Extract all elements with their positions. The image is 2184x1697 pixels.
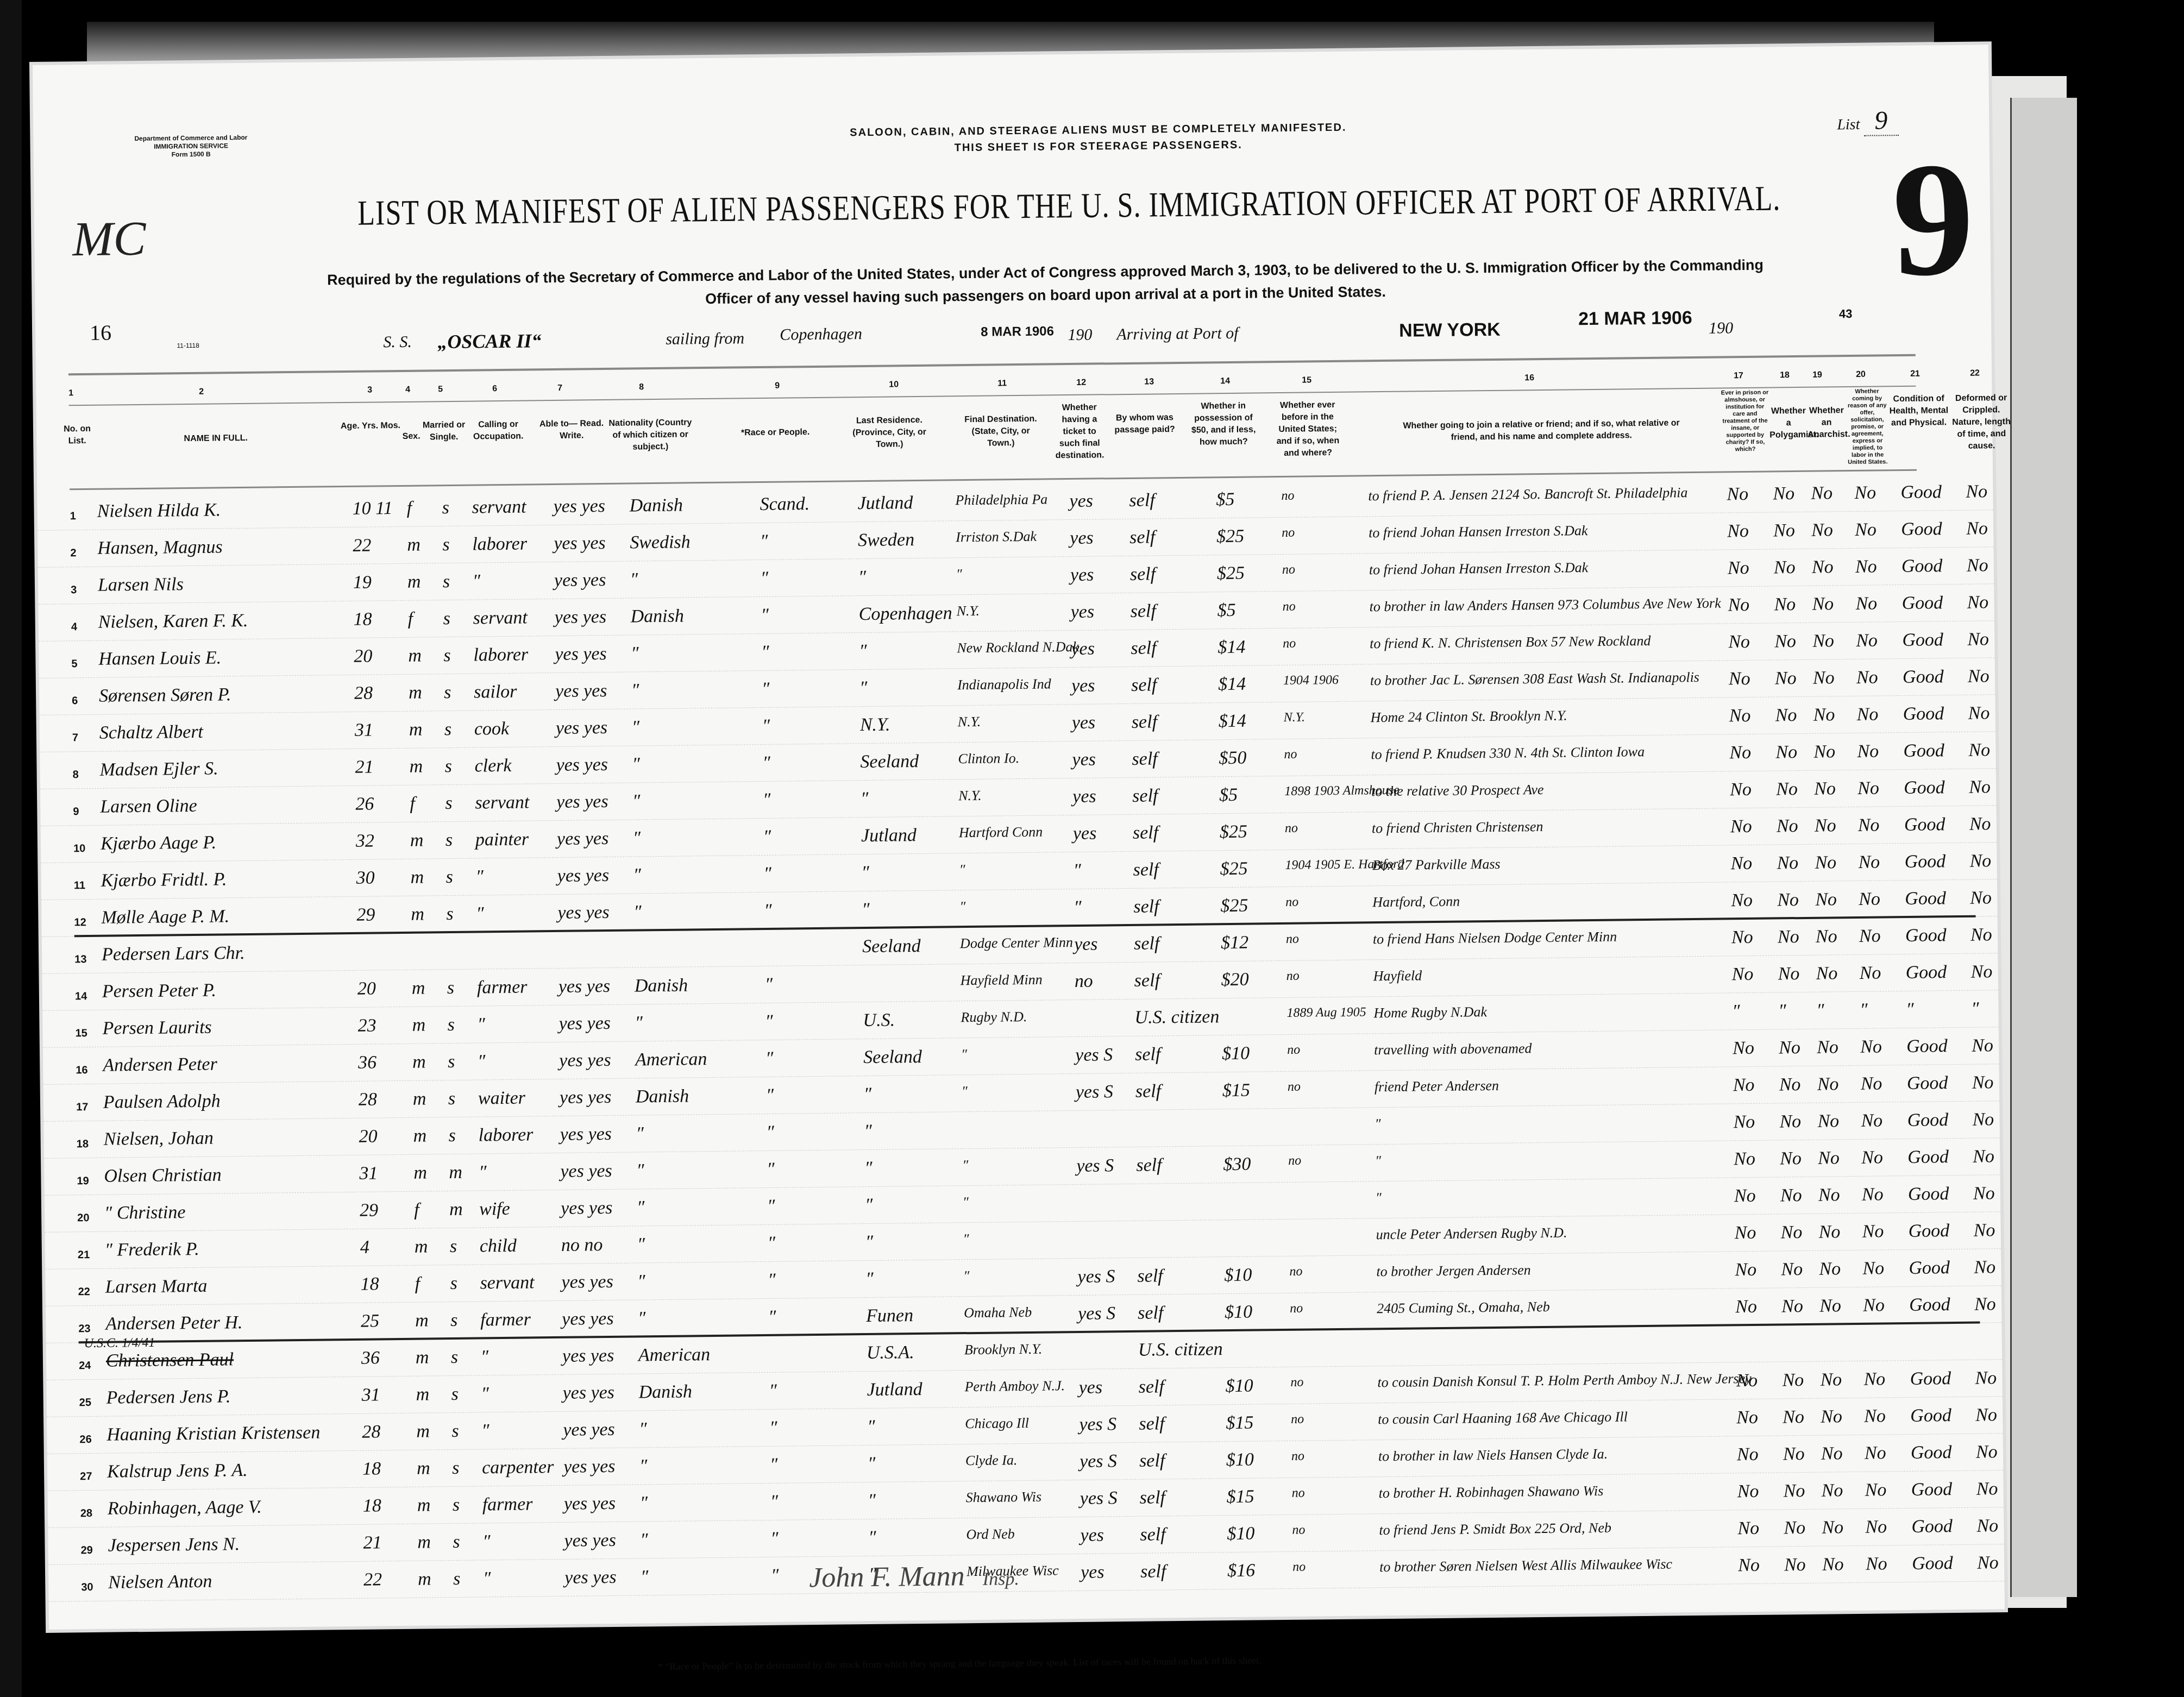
has-ticket: yes [1071, 639, 1095, 659]
margin-initials: MC [72, 211, 146, 267]
passenger-name: Pedersen Lars Chr. [102, 943, 245, 965]
row-number: 22 [78, 1286, 90, 1298]
voyage-line: 11-1118 S. S. „OSCAR II“ sailing from Co… [177, 317, 1915, 368]
prison-almshouse: No [1727, 484, 1748, 505]
polygamist: No [1780, 1222, 1802, 1243]
health-condition: Good [1906, 1036, 1948, 1057]
marital-status: s [450, 1273, 457, 1294]
race: ″ [766, 1085, 774, 1106]
sex: m [411, 904, 424, 925]
health-condition: Good [1904, 777, 1945, 799]
health-condition: Good [1907, 1073, 1948, 1094]
read-write: yes yes [561, 1198, 613, 1219]
health-condition: Good [1901, 519, 1942, 540]
department-name: Department of Commerce and Labor [120, 134, 261, 143]
race: ″ [771, 1566, 779, 1586]
col-head-passage-paid: By whom was passage paid? [1112, 412, 1177, 436]
nationality: Danish [635, 975, 688, 996]
col-num-17: 17 [1734, 371, 1743, 381]
prison-almshouse: No [1734, 1149, 1755, 1170]
final-destination: ″ [963, 1268, 969, 1284]
joining-relative: Box 27 Parkville Mass [1372, 856, 1500, 873]
prison-almshouse: No [1728, 558, 1749, 579]
labor-contract: No [1859, 926, 1881, 946]
col-head-last-residence: Last Residence. (Province, City, or Town… [851, 414, 928, 451]
money-amount: $12 [1221, 933, 1248, 954]
occupation: clerk [474, 756, 511, 777]
joining-relative: Home 24 Clinton St. Brooklyn N.Y. [1371, 707, 1567, 726]
occupation: servant [475, 793, 529, 814]
prison-almshouse: No [1732, 964, 1754, 985]
joining-relative: ″ [1375, 1153, 1381, 1169]
labor-contract: No [1858, 815, 1880, 835]
passage-paid-by: self [1138, 1303, 1164, 1323]
health-condition: Good [1907, 1147, 1949, 1168]
has-ticket: yes [1080, 1525, 1104, 1546]
deformed-crippled: No [1972, 1109, 1994, 1130]
signature-name: John F. Mann [809, 1561, 965, 1593]
race: ″ [768, 1233, 776, 1254]
polygamist: No [1775, 742, 1797, 763]
passage-paid-by: self [1131, 675, 1157, 695]
anarchist: No [1811, 483, 1832, 504]
sailing-label: sailing from [666, 329, 744, 349]
marital-status: s [450, 1310, 458, 1331]
deformed-crippled: No [1973, 1183, 1995, 1204]
race: Scand. [760, 494, 809, 515]
nationality: ″ [639, 1456, 648, 1476]
nationality: ″ [633, 865, 641, 885]
read-write: yes yes [555, 681, 607, 702]
marital-status: s [452, 1458, 460, 1479]
sex: m [410, 831, 424, 851]
health-condition: Good [1912, 1553, 1953, 1574]
labor-contract: No [1863, 1295, 1885, 1316]
has-ticket: yes S [1076, 1155, 1114, 1177]
joining-relative: to friend Hans Nielsen Dodge Center Minn [1373, 929, 1617, 948]
last-residence: ″ [865, 1269, 874, 1290]
labor-contract: ″ [1860, 1000, 1868, 1021]
marital-status: s [442, 535, 450, 555]
signature-title: Insp. [983, 1569, 1019, 1589]
labor-contract: No [1865, 1480, 1886, 1500]
polygamist: No [1780, 1148, 1802, 1169]
joining-relative: to brother in law Niels Hansen Clyde Ia. [1378, 1446, 1608, 1465]
list-label: List [1837, 116, 1860, 133]
passage-paid-by: self [1133, 859, 1159, 880]
occupation: waiter [478, 1088, 525, 1109]
last-residence: ″ [865, 1232, 874, 1253]
row-number: 19 [77, 1175, 89, 1187]
prison-almshouse: No [1733, 1038, 1754, 1059]
read-write: yes yes [562, 1346, 614, 1367]
anarchist: No [1813, 741, 1835, 762]
money-amount: $25 [1217, 563, 1245, 584]
polygamist: No [1781, 1296, 1803, 1317]
joining-relative: to friend Johan Hansen Irreston S.Dak [1369, 523, 1588, 541]
sex: m [418, 1569, 431, 1589]
health-condition: Good [1901, 593, 1943, 614]
final-destination: Omaha Neb [964, 1304, 1032, 1321]
money-amount: $10 [1227, 1524, 1254, 1545]
prison-almshouse: No [1736, 1371, 1758, 1391]
age: 31 [355, 720, 373, 741]
health-condition: Good [1910, 1405, 1951, 1426]
passenger-name: Kjærbo Fridtl. P. [101, 869, 227, 891]
age: 28 [359, 1089, 377, 1110]
passenger-name: Andersen Peter [103, 1054, 217, 1076]
passenger-name: Nielsen, Johan [104, 1128, 214, 1150]
labor-contract: No [1865, 1443, 1886, 1463]
read-write: yes yes [556, 718, 608, 739]
previously-in-us: no [1284, 747, 1297, 762]
money-amount: $14 [1217, 637, 1245, 658]
age: 21 [355, 757, 373, 778]
age: 30 [356, 868, 375, 888]
final-destination: ″ [959, 862, 965, 878]
previously-in-us: no [1291, 1412, 1304, 1427]
passenger-name: Pedersen Jens P. [106, 1386, 231, 1408]
nationality: ″ [637, 1234, 645, 1255]
polygamist: No [1783, 1481, 1805, 1501]
occupation: ″ [479, 1162, 487, 1183]
labor-contract: No [1861, 1147, 1883, 1168]
labor-contract: No [1861, 1073, 1882, 1094]
deformed-crippled: ″ [1971, 999, 1979, 1020]
col-head-occupation: Calling or Occupation. [466, 418, 531, 443]
underlying-page-2 [2010, 98, 2077, 1597]
anarchist: No [1819, 1259, 1841, 1279]
deformed-crippled: No [1970, 961, 1992, 982]
deformed-crippled: No [1967, 592, 1988, 613]
passage-paid-by: self [1140, 1561, 1166, 1582]
col-head-nationality: Nationality (Country of which citizen or… [607, 417, 694, 454]
deformed-crippled: No [1969, 814, 1991, 834]
race: ″ [762, 753, 770, 774]
age: 4 [360, 1237, 369, 1258]
polygamist: No [1777, 853, 1798, 873]
row-number: 16 [76, 1064, 87, 1077]
race: ″ [767, 1196, 775, 1217]
race: ″ [763, 790, 771, 810]
nationality: Danish [629, 495, 683, 517]
row-number: 30 [81, 1581, 93, 1594]
final-destination: Perth Amboy N.J. [964, 1378, 1065, 1395]
previously-in-us: no [1285, 895, 1298, 910]
last-residence: U.S. [863, 1010, 895, 1031]
last-residence: ″ [864, 1121, 872, 1142]
sex: m [413, 1163, 427, 1184]
polygamist: No [1774, 594, 1796, 615]
final-destination: Clinton Io. [958, 750, 1019, 767]
anarchist: No [1813, 705, 1835, 725]
last-residence: ″ [858, 567, 867, 588]
passage-paid-by: self [1140, 1524, 1166, 1545]
occupation: servant [480, 1272, 534, 1293]
marital-status: s [447, 978, 455, 998]
has-ticket: yes [1072, 787, 1096, 807]
polygamist: No [1783, 1444, 1805, 1465]
passenger-name: ″ Frederik P. [105, 1239, 199, 1261]
last-residence: Jutland [857, 493, 913, 514]
labor-contract: No [1859, 963, 1881, 983]
race: ″ [761, 605, 769, 626]
nationality: ″ [641, 1567, 649, 1587]
money-amount: $10 [1222, 1044, 1250, 1065]
polygamist: No [1784, 1555, 1806, 1575]
occupation: ″ [482, 1531, 491, 1552]
joining-relative: to brother Jergen Andersen [1376, 1262, 1531, 1280]
last-residence: Seeland [862, 936, 921, 957]
last-residence: Copenhagen [858, 603, 952, 625]
final-destination: N.Y. [956, 603, 980, 619]
nationality: ″ [630, 569, 638, 590]
anarchist: No [1822, 1517, 1843, 1538]
labor-contract: No [1855, 520, 1877, 540]
read-write: yes yes [562, 1309, 614, 1330]
occupation: sailor [474, 682, 517, 703]
deformed-crippled: No [1974, 1294, 1996, 1315]
read-write: yes yes [558, 1013, 611, 1034]
row-number: 14 [75, 990, 87, 1003]
labor-contract: No [1856, 667, 1878, 688]
sheet-count: 43 [1839, 307, 1853, 321]
last-residence: ″ [864, 1158, 873, 1179]
labor-contract: No [1866, 1554, 1887, 1574]
health-condition: Good [1908, 1184, 1949, 1205]
money-amount: $15 [1226, 1413, 1253, 1434]
has-ticket: ″ [1074, 897, 1082, 918]
occupation: farmer [477, 977, 528, 998]
sex: m [409, 683, 422, 703]
nationality: Danish [636, 1086, 689, 1107]
joining-relative: to brother H. Robinhagen Shawano Wis [1379, 1483, 1604, 1501]
money-amount: $5 [1219, 785, 1238, 806]
polygamist: No [1777, 816, 1798, 837]
labor-contract: No [1861, 1110, 1882, 1131]
last-residence: Sweden [858, 530, 914, 551]
col-num-8: 8 [639, 382, 644, 392]
nationality: ″ [635, 1013, 643, 1033]
col-num-5: 5 [438, 385, 443, 394]
final-destination: Irriston S.Dak [956, 529, 1037, 546]
passenger-name: Persen Laurits [102, 1017, 212, 1039]
money-amount: $25 [1220, 859, 1247, 880]
deformed-crippled: No [1970, 925, 1992, 945]
previously-in-us: no [1292, 1486, 1305, 1501]
row-number: 5 [71, 658, 77, 670]
col-head-labor-contract: Whether coming by reason of any offer, s… [1845, 388, 1889, 466]
prison-almshouse: No [1728, 595, 1749, 615]
prison-almshouse: No [1734, 1186, 1756, 1206]
prison-almshouse: No [1727, 521, 1749, 542]
age: 22 [363, 1569, 382, 1590]
deformed-crippled: No [1977, 1553, 1999, 1573]
passage-paid-by: self [1133, 896, 1159, 917]
row-number: 13 [74, 953, 86, 966]
labor-contract: No [1865, 1517, 1887, 1537]
marital-status: s [443, 571, 450, 592]
marital-status: s [451, 1347, 459, 1368]
read-write: yes yes [564, 1493, 616, 1514]
row-number: 29 [81, 1544, 93, 1557]
nationality: ″ [636, 1123, 644, 1144]
polygamist: No [1778, 964, 1800, 984]
col-num-10: 10 [889, 380, 899, 389]
passenger-name: Haaning Kristian Kristensen [106, 1423, 320, 1445]
passenger-name: Persen Peter P. [102, 981, 216, 1002]
nationality: ″ [638, 1308, 646, 1329]
labor-contract: No [1855, 557, 1877, 577]
page-number: 16 [90, 320, 111, 345]
manifest-sheet: Department of Commerce and Labor IMMIGRA… [33, 45, 2005, 1630]
occupation: ″ [475, 866, 484, 887]
occupation: servant [473, 608, 528, 629]
health-condition: Good [1901, 556, 1943, 577]
final-destination: Rugby N.D. [961, 1009, 1027, 1026]
anarchist: No [1821, 1443, 1843, 1464]
inspector-signature: John F. Mann Insp. [809, 1560, 1019, 1594]
marital-status: m [449, 1162, 462, 1183]
labor-contract: No [1862, 1221, 1884, 1242]
final-destination: Brooklyn N.Y. [964, 1341, 1043, 1358]
passage-paid-by: self [1135, 1081, 1162, 1102]
anarchist: No [1819, 1296, 1841, 1316]
age: 20 [357, 978, 376, 999]
final-destination: Philadelphia Pa [955, 491, 1047, 508]
polygamist: No [1774, 557, 1796, 578]
occupation: laborer [478, 1124, 533, 1146]
previously-in-us: no [1290, 1302, 1303, 1316]
final-destination: ″ [962, 1083, 968, 1099]
deformed-crippled: No [1975, 1405, 1997, 1425]
previously-in-us: no [1290, 1375, 1303, 1390]
health-condition: Good [1903, 703, 1944, 725]
labor-contract: No [1855, 594, 1877, 614]
age: 36 [358, 1052, 376, 1073]
anarchist: No [1816, 963, 1837, 984]
ss-label: S. S. [383, 333, 412, 352]
polygamist: No [1774, 631, 1796, 652]
prison-almshouse: No [1728, 632, 1750, 652]
nationality: ″ [631, 680, 639, 701]
marital-status: s [444, 756, 452, 777]
read-write: yes yes [560, 1087, 612, 1108]
marital-status: s [446, 904, 454, 925]
has-ticket: yes S [1080, 1451, 1117, 1472]
money-amount: $15 [1227, 1487, 1254, 1508]
money-amount: $5 [1217, 600, 1235, 621]
race: ″ [770, 1455, 778, 1475]
marital-status: s [453, 1569, 461, 1589]
last-residence: U.S.A. [867, 1342, 914, 1363]
ship-name: „OSCAR II“ [437, 329, 542, 353]
final-destination: Dodge Center Minn [960, 934, 1073, 952]
age: 29 [360, 1200, 378, 1221]
age: 32 [356, 831, 374, 851]
read-write: yes yes [553, 496, 605, 517]
last-residence: N.Y. [860, 715, 890, 736]
health-condition: Good [1911, 1516, 1953, 1537]
age: 18 [354, 609, 372, 630]
passage-paid-by: self [1134, 970, 1160, 991]
nationality: ″ [633, 902, 642, 922]
read-write: yes yes [558, 976, 611, 997]
age: 22 [353, 536, 371, 556]
final-destination: N.Y. [958, 788, 982, 804]
joining-relative: to the relative 30 Prospect Ave [1371, 782, 1544, 800]
last-residence: ″ [859, 678, 868, 699]
money-amount: $25 [1216, 526, 1244, 548]
row-number: 7 [72, 732, 78, 744]
nationality: ″ [632, 717, 640, 738]
deformed-crippled: No [1972, 1035, 1993, 1056]
race: ″ [769, 1381, 777, 1401]
prison-almshouse: ″ [1732, 1001, 1740, 1022]
col-head-before-us: Whether ever before in the United States… [1270, 399, 1346, 460]
anarchist: No [1817, 1074, 1839, 1095]
last-residence: Jutland [867, 1379, 922, 1400]
has-ticket: yes [1069, 491, 1093, 512]
previously-in-us: no [1288, 1154, 1301, 1168]
read-write: yes yes [555, 607, 607, 628]
previously-in-us: N.Y. [1284, 711, 1305, 725]
previously-in-us: 1889 Aug 1905 [1286, 1005, 1366, 1021]
read-write: yes yes [554, 570, 606, 591]
sex: f [415, 1274, 420, 1294]
sex: m [408, 646, 422, 667]
anarchist: No [1812, 557, 1834, 577]
previously-in-us: no [1282, 563, 1295, 577]
age: 31 [359, 1163, 378, 1184]
read-write: yes yes [557, 902, 610, 923]
nationality: ″ [637, 1271, 645, 1292]
marital-status: s [450, 1236, 457, 1257]
age: 36 [361, 1348, 380, 1368]
col-num-15: 15 [1302, 375, 1311, 385]
row-number: 3 [71, 584, 77, 596]
sailing-from-port: Copenhagen [780, 325, 862, 344]
labor-contract: No [1857, 741, 1879, 762]
last-residence: ″ [859, 641, 867, 662]
marital-status: s [451, 1421, 459, 1442]
final-destination: New Rockland N.Dak [957, 639, 1079, 656]
previously-in-us: 1904 1906 [1283, 673, 1339, 688]
money-amount: $10 [1224, 1265, 1252, 1286]
health-condition: Good [1908, 1221, 1949, 1242]
col-num-11: 11 [997, 379, 1007, 388]
money-amount: $10 [1225, 1302, 1252, 1323]
joining-relative: to friend P. Knudsen 330 N. 4th St. Clin… [1371, 744, 1645, 763]
col-num-12: 12 [1076, 378, 1086, 388]
previously-in-us: no [1286, 932, 1299, 947]
deformed-crippled: No [1968, 703, 1990, 724]
anarchist: No [1814, 778, 1836, 799]
final-destination: Hartford Conn [959, 824, 1043, 841]
prison-almshouse: No [1729, 743, 1751, 763]
money-amount: $10 [1225, 1376, 1253, 1397]
deformed-crippled: No [1972, 1072, 1994, 1093]
final-destination: ″ [962, 1157, 968, 1173]
nationality: American [638, 1344, 711, 1366]
occupation: ″ [476, 903, 484, 924]
row-number: 6 [72, 695, 78, 707]
deformed-crippled: No [1966, 481, 1987, 502]
has-ticket: yes [1081, 1562, 1104, 1582]
anarchist: No [1811, 520, 1833, 540]
arriving-label: Arriving at Port of [1116, 324, 1239, 344]
nationality: ″ [639, 1419, 647, 1440]
